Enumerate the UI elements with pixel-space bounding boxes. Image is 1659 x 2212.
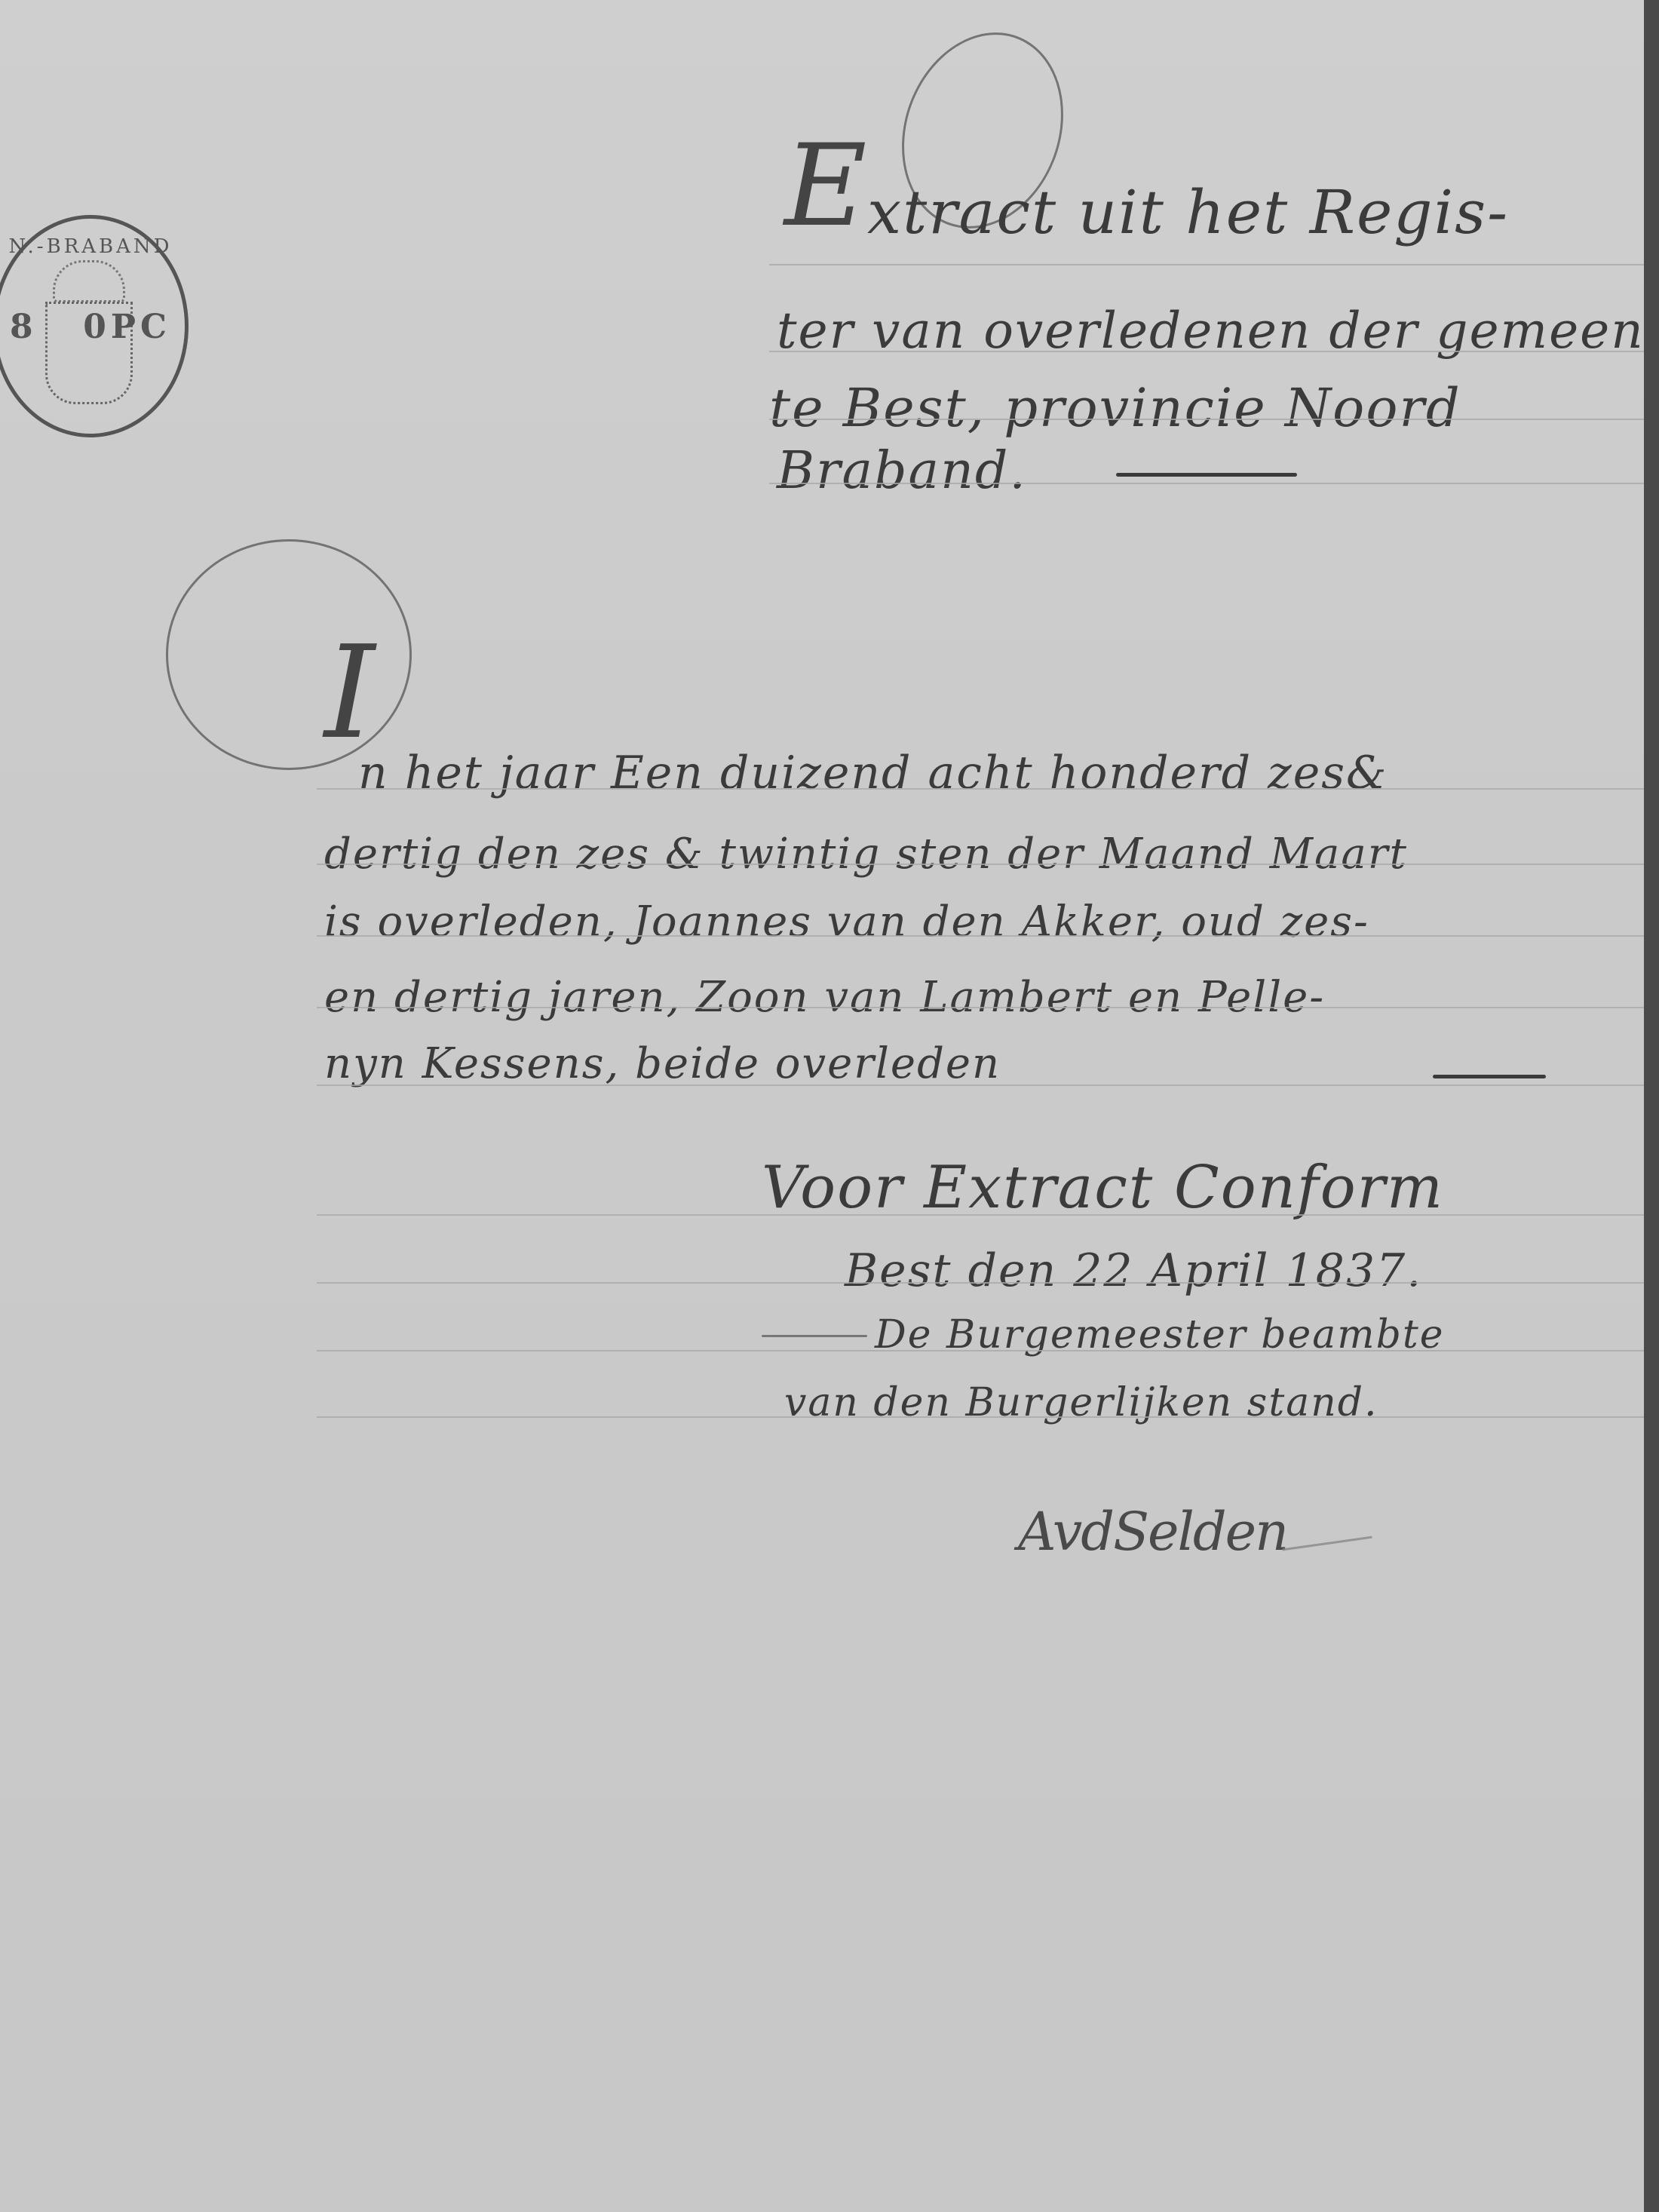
cert-lead-dash [762,1335,867,1337]
signature-tail [1282,1536,1372,1551]
ruled-line [769,419,1644,420]
signature: AvdSelden [1018,1501,1287,1563]
header-initial: E [784,121,867,252]
ruled-line [317,1007,1644,1008]
header-line-3: te Best, provincie Noord [769,377,1461,439]
cert-line-4: van den Burgerlijken stand. [784,1380,1378,1425]
ruled-line [317,1214,1644,1216]
ruled-line [317,1416,1644,1418]
body-line-4: en dertig jaren, Zoon van Lambert en Pel… [324,973,1325,1022]
stamp-right-value: 0PC [83,308,171,346]
document-page: N.-BRABAND 8 0PC E xtract uit het Regis-… [0,0,1644,2212]
ruled-line [317,788,1644,790]
ruled-line [769,483,1644,484]
ruled-line [317,864,1644,865]
header-line-1: xtract uit het Regis- [867,177,1509,247]
ruled-line [317,1085,1644,1086]
ruled-line [317,1350,1644,1351]
ruled-line [317,1282,1644,1284]
stamp-left-value: 8 [10,308,38,346]
stamp-value: 8 0PC [0,308,185,346]
tax-stamp: N.-BRABAND 8 0PC [0,215,189,437]
body-line-3: is overleden, Joannes van den Akker, oud… [324,897,1369,946]
header-line-4: Braband. [777,441,1027,501]
body-line-1: n het jaar Een duizend acht honderd zes& [358,747,1388,799]
body-line-5: nyn Kessens, beide overleden [324,1039,1001,1088]
body-line-2: dertig den zes & twintig sten der Maand … [324,830,1408,879]
page-edge [1644,0,1659,2212]
ruled-line [769,351,1644,352]
body-initial: I [324,618,375,768]
ruled-line [317,935,1644,937]
cert-line-1: Voor Extract Conform [762,1154,1444,1222]
body-end-dash [1433,1075,1546,1078]
ruled-line [769,264,1644,265]
header-end-dash [1116,473,1297,477]
stamp-arc-text: N.-BRABAND [8,235,172,258]
cert-date: Best den 22 April 1837. [845,1244,1422,1297]
crown-icon [53,260,125,302]
